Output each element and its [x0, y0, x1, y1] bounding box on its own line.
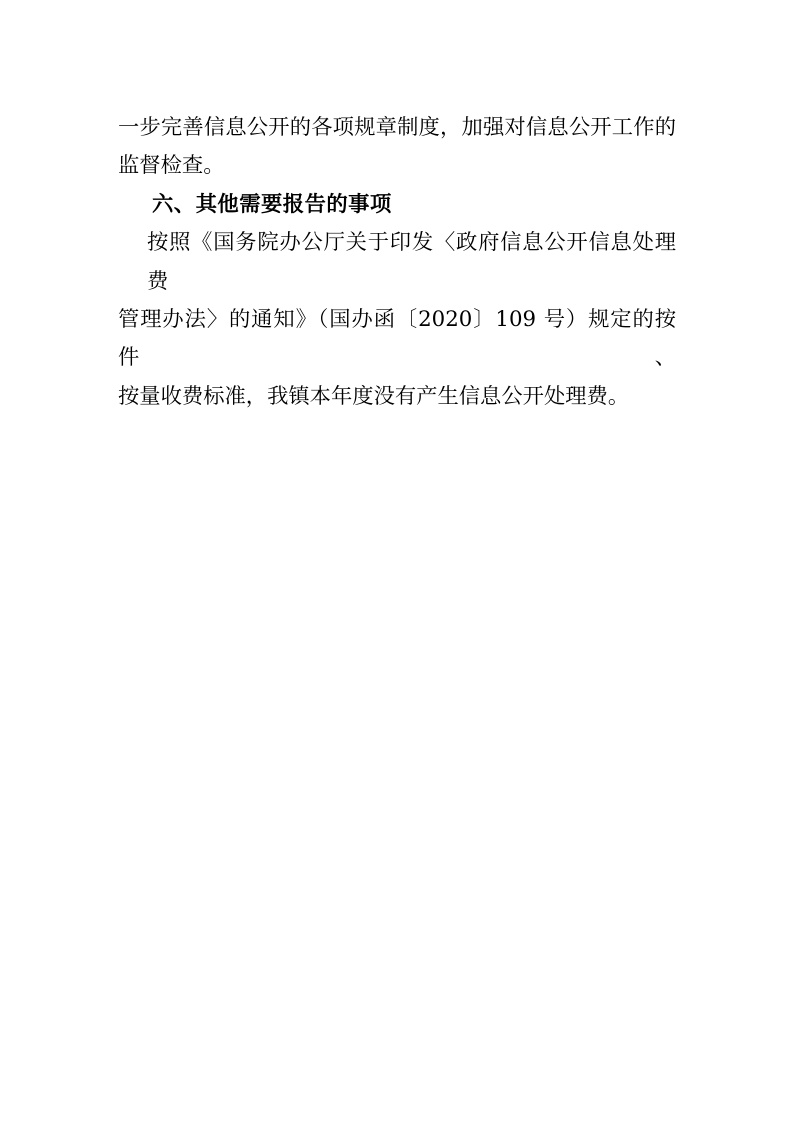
- continuation-paragraph-line-2: 监督检查。: [118, 147, 676, 185]
- section-heading: 六、其他需要报告的事项: [118, 186, 676, 224]
- document-text-block: 一步完善信息公开的各项规章制度，加强对信息公开工作的 监督检查。 六、其他需要报…: [118, 109, 676, 416]
- section-paragraph-line-1: 按照《国务院办公厅关于印发〈政府信息公开信息处理费: [118, 224, 676, 301]
- section-paragraph-line-3: 按量收费标准，我镇本年度没有产生信息公开处理费。: [118, 378, 676, 416]
- section-paragraph-line-2: 管理办法〉的通知》（国办函〔2020〕109 号）规定的按件、: [118, 301, 676, 378]
- document-page: 一步完善信息公开的各项规章制度，加强对信息公开工作的 监督检查。 六、其他需要报…: [0, 0, 793, 1122]
- continuation-paragraph-line-1: 一步完善信息公开的各项规章制度，加强对信息公开工作的: [118, 109, 676, 147]
